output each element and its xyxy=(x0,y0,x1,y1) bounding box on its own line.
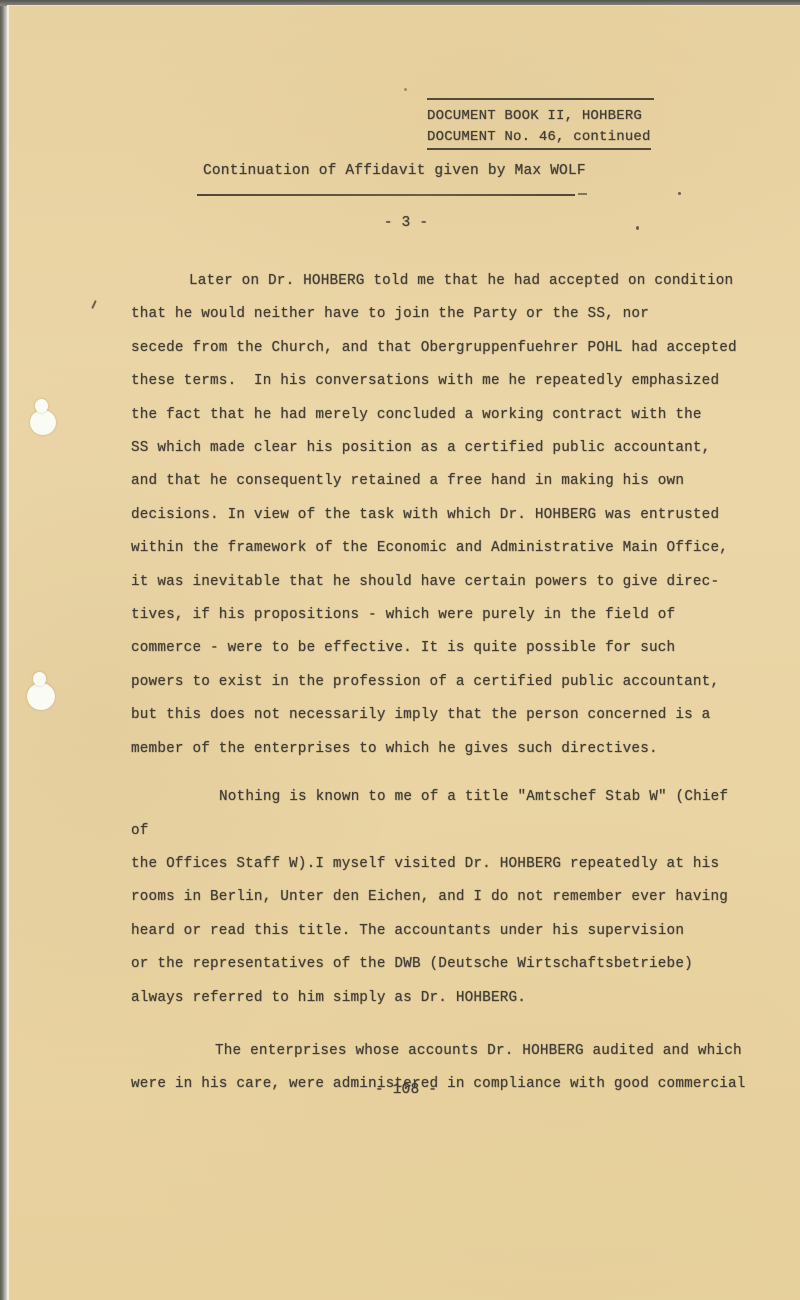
ink-speck xyxy=(404,88,407,91)
title-underline-dash xyxy=(578,193,587,195)
ink-speck xyxy=(678,192,681,195)
scanned-document-page: DOCUMENT BOOK II, HOHBERG DOCUMENT No. 4… xyxy=(0,0,800,1300)
body-paragraph-2: Nothing is known to me of a title "Amtsc… xyxy=(131,781,746,1015)
punch-hole-bottom xyxy=(27,683,55,710)
document-header: DOCUMENT BOOK II, HOHBERG DOCUMENT No. 4… xyxy=(427,98,654,150)
punch-hole-bottom-tear xyxy=(33,672,46,686)
title-underline xyxy=(197,194,575,196)
punch-hole-top xyxy=(30,410,56,435)
page-number-bottom: - 108 - xyxy=(131,1082,681,1098)
header-line-2: DOCUMENT No. 46, continued xyxy=(427,127,651,150)
affidavit-body: Later on Dr. HOHBERG told me that he had… xyxy=(131,265,746,1102)
document-title: Continuation of Affidavit given by Max W… xyxy=(203,163,586,179)
punch-hole-top-tear xyxy=(35,399,48,413)
body-paragraph-1: Later on Dr. HOHBERG told me that he had… xyxy=(131,265,746,766)
header-line-1: DOCUMENT BOOK II, HOHBERG xyxy=(427,105,654,127)
page-number-top: - 3 - xyxy=(131,215,681,231)
ink-speck xyxy=(636,226,639,230)
header-top-rule xyxy=(427,98,654,100)
